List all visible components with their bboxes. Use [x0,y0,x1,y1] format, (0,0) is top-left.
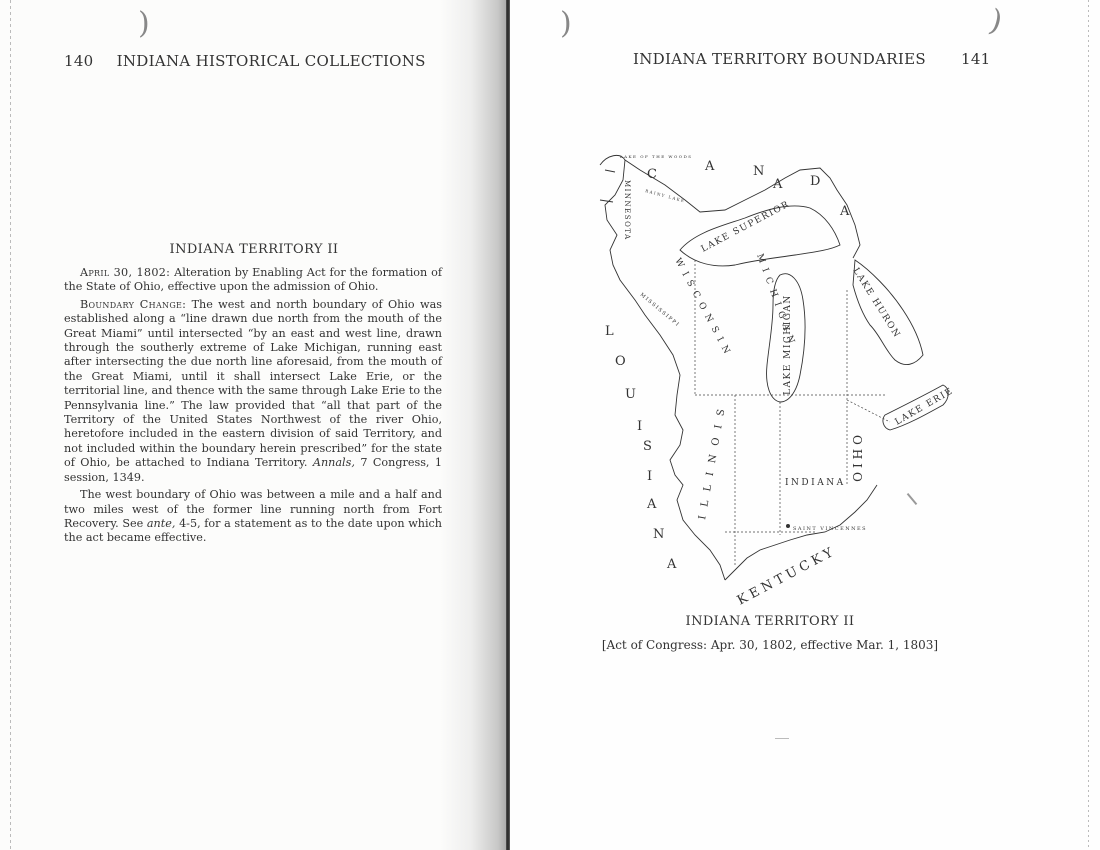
ante-reference: ante, [147,517,176,530]
paragraph-west-boundary: The west boundary of Ohio was between a … [64,488,442,546]
label-canada-a: A [704,159,715,174]
gutter-shadow [440,0,508,850]
page-number-right: 141 [961,50,991,68]
label-kentucky: KENTUCKY [735,544,839,609]
label-saint-vincennes: SAINT VINCENNES [793,526,867,532]
running-head-right: INDIANA TERRITORY BOUNDARIES 141 [633,50,991,68]
vincennes-marker [786,524,790,528]
label-canada-d: D [810,174,820,189]
boundary-lead: Boundary Change: [80,298,186,311]
label-lake-erie: LAKE ERIE [894,386,956,427]
label-canada-n: N [753,164,764,179]
label-louisiana-i2: I [647,469,652,484]
boundary-text: The west and north boundary of Ohio was … [64,298,442,469]
paragraph-boundary-change: Boundary Change: The west and north boun… [64,298,442,485]
page-edge-right [1088,0,1089,850]
date-lead: April 30, 1802: [80,266,170,279]
label-louisiana-u: U [625,387,636,402]
canada-border [625,160,860,258]
ohio-north-line [847,400,890,422]
running-head-left: 140 INDIANA HISTORICAL COLLECTIONS [64,52,426,70]
left-page: ) 140 INDIANA HISTORICAL COLLECTIONS IND… [0,0,505,850]
label-minnesota: MINNESOTA [623,180,631,241]
label-ohio: OHIO [850,435,864,486]
section-title: INDIANA TERRITORY II [64,242,444,257]
page-number-left: 140 [64,52,94,70]
label-mississippi: MISSISSIPPI [639,292,681,329]
paren-mark: ) [138,6,150,41]
territory-map: C A N A D A L O U I S I A N A LAKE SUPER… [585,140,960,610]
label-louisiana-a: A [646,497,657,512]
label-louisiana-i: I [637,419,642,434]
page-edge-left [10,0,11,850]
stray-dash-mark [775,738,789,739]
label-canada-a3: A [839,204,850,219]
map-svg: C A N A D A L O U I S I A N A LAKE SUPER… [585,140,960,610]
map-caption-title: INDIANA TERRITORY II [590,614,950,629]
running-head-title-right: INDIANA TERRITORY BOUNDARIES [633,50,926,68]
label-lake-of-the-woods: LAKE OF THE WOODS [620,154,693,159]
label-indiana: INDIANA [785,478,846,488]
label-louisiana-n: N [653,527,664,542]
label-louisiana-l: L [605,324,614,339]
running-head-title-left: INDIANA HISTORICAL COLLECTIONS [117,52,426,70]
body-text: April 30, 1802: Alteration by Enabling A… [64,266,442,549]
citation-italic: Annals, [313,456,355,469]
label-louisiana-o: O [615,354,626,369]
label-canada-a2: A [772,177,783,192]
paragraph-date: April 30, 1802: Alteration by Enabling A… [64,266,442,295]
label-louisiana-a2: A [666,557,677,572]
paren-mark: ) [560,6,572,41]
label-louisiana-s: S [643,439,652,454]
label-wisconsin: WISCONSIN [672,257,734,361]
label-illinois: ILLINOIS [697,400,729,521]
label-canada-c: C [647,167,657,182]
map-caption-subtitle: [Act of Congress: Apr. 30, 1802, effecti… [590,638,950,652]
label-lake-superior: LAKE SUPERIOR [700,199,792,254]
